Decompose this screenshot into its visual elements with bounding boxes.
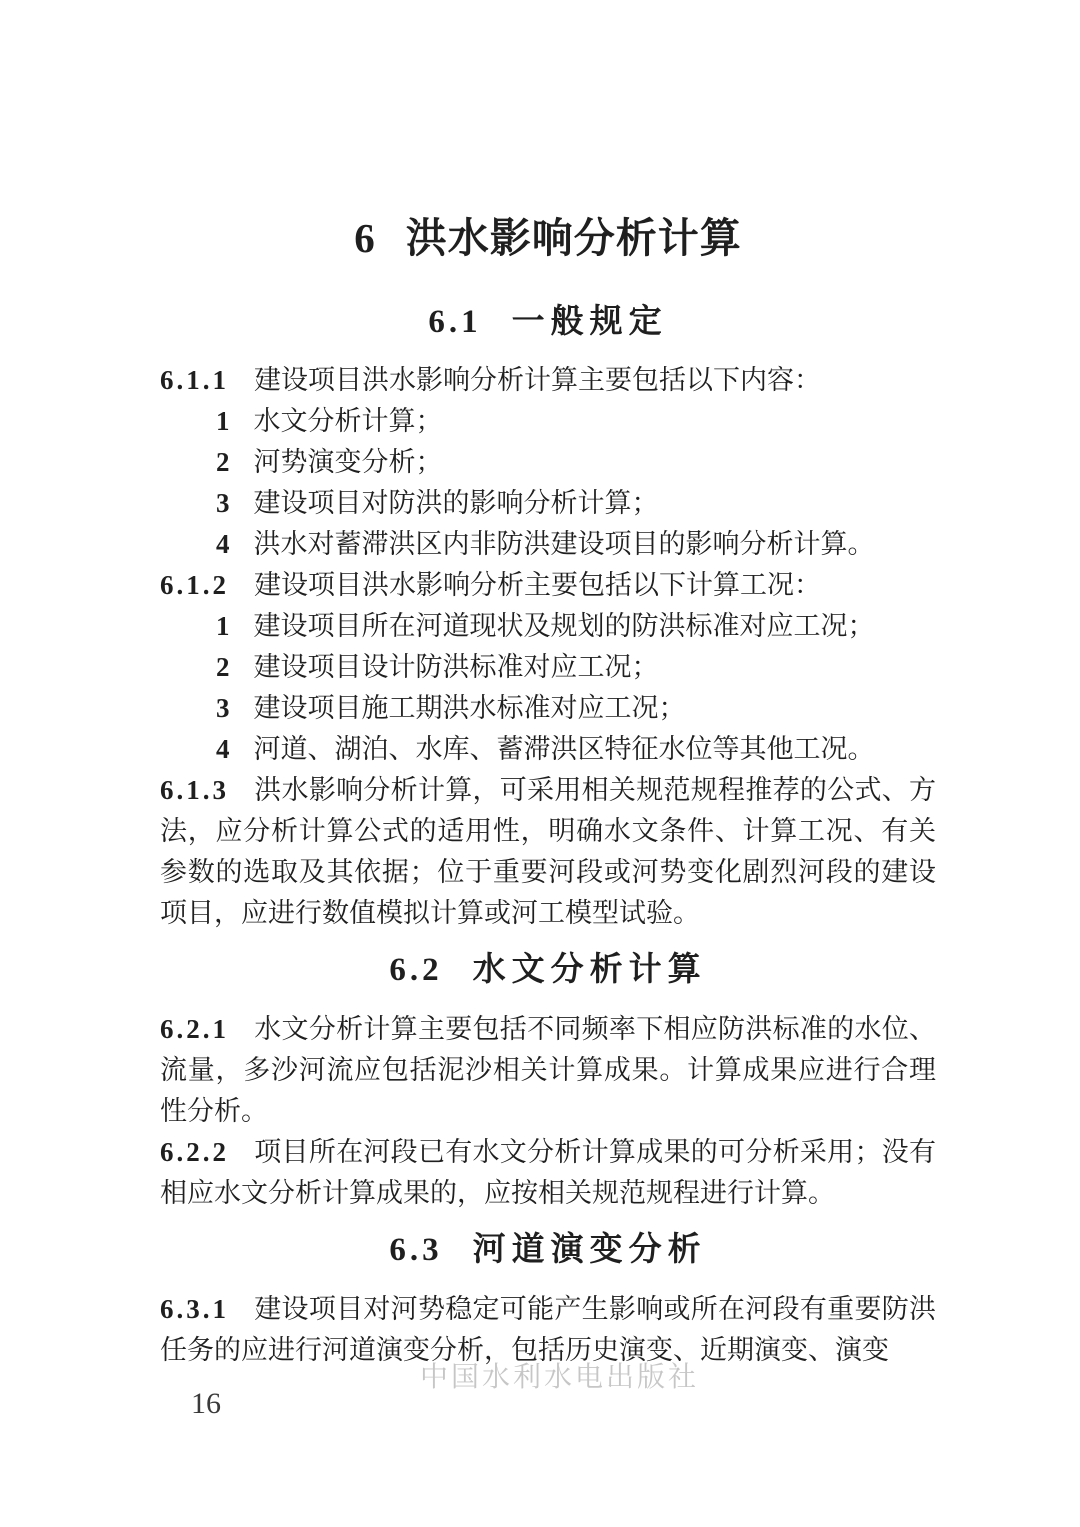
clause-number: 6.1.2 [160,570,229,600]
list-item: 2河势演变分析； [160,442,936,483]
section-heading-6-2: 6.2水文分析计算 [160,953,936,987]
clause-6-3-1: 6.3.1建设项目对河势稳定可能产生影响或所在河段有重要防洪任务的应进行河道演变… [160,1289,936,1371]
clause-number: 6.2.1 [160,1014,229,1044]
item-text: 水文分析计算； [254,406,443,436]
item-text: 建设项目所在河道现状及规划的防洪标准对应工况； [254,611,875,641]
item-text: 洪水对蓄滞洪区内非防洪建设项目的影响分析计算。 [254,529,875,559]
section-number: 6.2 [389,952,442,988]
list-item: 3建设项目对防洪的影响分析计算； [160,483,936,524]
item-text: 建设项目施工期洪水标准对应工况； [254,693,686,723]
item-number: 3 [216,693,230,723]
publisher-watermark: 中国水利水电出版社 [420,1363,699,1393]
clause-6-1-3: 6.1.3洪水影响分析计算，可采用相关规范规程推荐的公式、方法，应分析计算公式的… [160,770,936,934]
clause-6-2-2: 6.2.2项目所在河段已有水文分析计算成果的可分析采用；没有相应水文分析计算成果… [160,1132,936,1214]
item-text: 河势演变分析； [254,447,443,477]
item-number: 1 [216,406,230,436]
document-page: 6洪水影响分析计算 6.1一般规定 6.1.1建设项目洪水影响分析计算主要包括以… [0,0,1080,1527]
page-content: 6洪水影响分析计算 6.1一般规定 6.1.1建设项目洪水影响分析计算主要包括以… [160,0,936,1371]
item-text: 河道、湖泊、水库、蓄滞洪区特征水位等其他工况。 [254,734,875,764]
clause-6-1-2: 6.1.2建设项目洪水影响分析主要包括以下计算工况： [160,565,936,606]
list-item: 4河道、湖泊、水库、蓄滞洪区特征水位等其他工况。 [160,729,936,770]
item-number: 3 [216,488,230,518]
clause-text: 建设项目对河势稳定可能产生影响或所在河段有重要防洪任务的应进行河道演变分析，包括… [160,1294,936,1365]
item-number: 1 [216,611,230,641]
item-text: 建设项目设计防洪标准对应工况； [254,652,659,682]
clause-text: 建设项目洪水影响分析计算主要包括以下内容： [254,365,821,395]
item-number: 4 [216,734,230,764]
section-title: 河道演变分析 [473,1232,707,1268]
section-heading-6-1: 6.1一般规定 [160,305,936,339]
clause-6-2-1: 6.2.1水文分析计算主要包括不同频率下相应防洪标准的水位、流量，多沙河流应包括… [160,1009,936,1132]
section-title: 一般规定 [512,304,668,340]
item-number: 2 [216,652,230,682]
page-number: 16 [191,1388,221,1420]
list-item: 3建设项目施工期洪水标准对应工况； [160,688,936,729]
list-item: 2建设项目设计防洪标准对应工况； [160,647,936,688]
section-number: 6.3 [389,1232,442,1268]
clause-text: 项目所在河段已有水文分析计算成果的可分析采用；没有相应水文分析计算成果的，应按相… [160,1137,936,1208]
clause-text: 建设项目洪水影响分析主要包括以下计算工况： [254,570,821,600]
list-item: 4洪水对蓄滞洪区内非防洪建设项目的影响分析计算。 [160,524,936,565]
chapter-heading: 6洪水影响分析计算 [160,216,936,260]
chapter-title: 洪水影响分析计算 [406,215,742,261]
list-item: 1水文分析计算； [160,401,936,442]
section-title: 水文分析计算 [473,952,707,988]
list-item: 1建设项目所在河道现状及规划的防洪标准对应工况； [160,606,936,647]
clause-6-1-1: 6.1.1建设项目洪水影响分析计算主要包括以下内容： [160,360,936,401]
item-number: 2 [216,447,230,477]
clause-text: 洪水影响分析计算，可采用相关规范规程推荐的公式、方法，应分析计算公式的适用性，明… [160,775,936,928]
section-number: 6.1 [428,304,481,340]
clause-text: 水文分析计算主要包括不同频率下相应防洪标准的水位、流量，多沙河流应包括泥沙相关计… [160,1014,936,1126]
chapter-number: 6 [354,215,376,261]
clause-number: 6.3.1 [160,1294,229,1324]
item-text: 建设项目对防洪的影响分析计算； [254,488,659,518]
clause-number: 6.1.3 [160,775,229,805]
item-number: 4 [216,529,230,559]
clause-number: 6.1.1 [160,365,229,395]
clause-number: 6.2.2 [160,1137,229,1167]
section-heading-6-3: 6.3河道演变分析 [160,1233,936,1267]
